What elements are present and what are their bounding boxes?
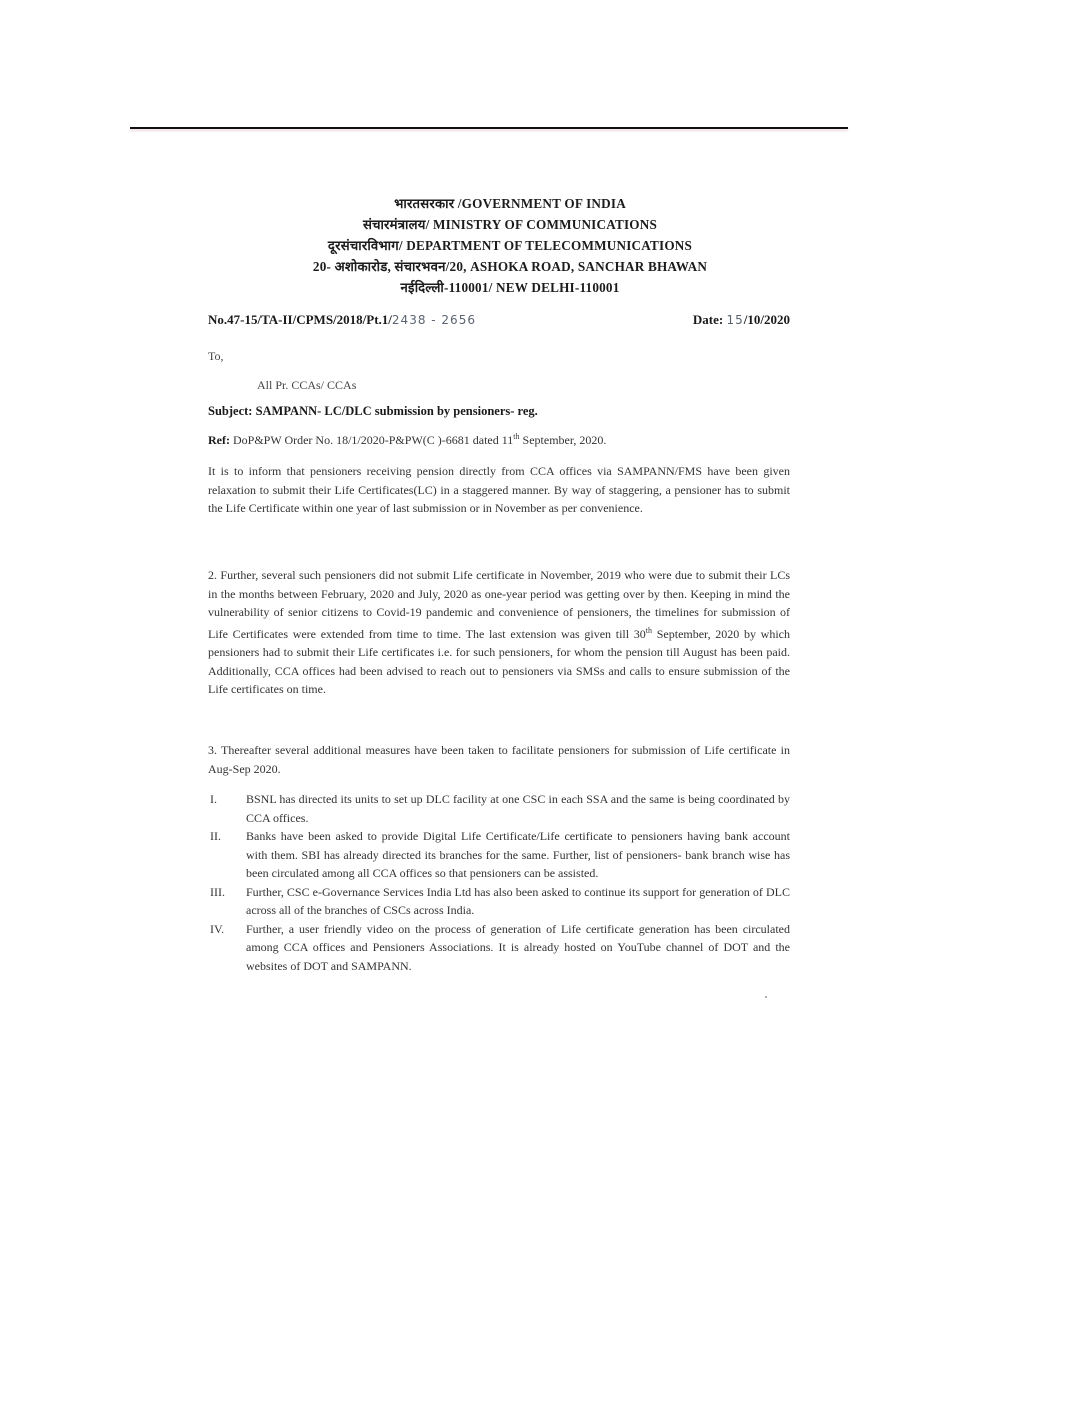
list-item-number: III. bbox=[208, 883, 246, 920]
paragraph-3: 3. Thereafter several additional measure… bbox=[208, 741, 790, 778]
letterhead-government: भारतसरकार /GOVERNMENT OF INDIA bbox=[240, 193, 780, 214]
letterhead-department: दूरसंचारविभाग/ DEPARTMENT OF TELECOMMUNI… bbox=[240, 235, 780, 256]
list-item-text: Further, CSC e-Governance Services India… bbox=[246, 883, 790, 920]
scan-speck bbox=[765, 996, 767, 998]
list-item-number: I. bbox=[208, 790, 246, 827]
handwritten-date-day: 15 bbox=[726, 313, 743, 327]
reference-line: No.47-15/TA-II/CPMS/2018/Pt.1/2438 - 265… bbox=[208, 312, 790, 328]
paragraph-2: 2. Further, several such pensioners did … bbox=[208, 566, 790, 699]
list-item: III. Further, CSC e-Governance Services … bbox=[208, 883, 790, 920]
letterhead: भारतसरकार /GOVERNMENT OF INDIA संचारमंत्… bbox=[240, 193, 780, 298]
letterhead-city: नईदिल्ली-110001/ NEW DELHI-110001 bbox=[240, 277, 780, 298]
file-number: No.47-15/TA-II/CPMS/2018/Pt.1/2438 - 265… bbox=[208, 312, 476, 328]
list-item-number: IV. bbox=[208, 920, 246, 976]
addressee: All Pr. CCAs/ CCAs bbox=[257, 378, 356, 393]
paragraph-1: It is to inform that pensioners receivin… bbox=[208, 462, 790, 518]
header-rule bbox=[130, 127, 848, 129]
list-item-text: Further, a user friendly video on the pr… bbox=[246, 920, 790, 976]
letter-date: Date: 15/10/2020 bbox=[693, 312, 790, 328]
list-item: I. BSNL has directed its units to set up… bbox=[208, 790, 790, 827]
list-item-number: II. bbox=[208, 827, 246, 883]
reference-order: Ref: DoP&PW Order No. 18/1/2020-P&PW(C )… bbox=[208, 432, 606, 448]
list-item: IV. Further, a user friendly video on th… bbox=[208, 920, 790, 976]
to-label: To, bbox=[208, 349, 224, 364]
letterhead-address: 20- अशोकारोड, संचारभवन/20, ASHOKA ROAD, … bbox=[240, 256, 780, 277]
handwritten-dispatch-range: 2438 - 2656 bbox=[392, 313, 476, 327]
letterhead-ministry: संचारमंत्रालय/ MINISTRY OF COMMUNICATION… bbox=[240, 214, 780, 235]
measures-list: I. BSNL has directed its units to set up… bbox=[208, 790, 790, 975]
list-item-text: BSNL has directed its units to set up DL… bbox=[246, 790, 790, 827]
ref-label: Ref: bbox=[208, 433, 230, 447]
list-item: II. Banks have been asked to provide Dig… bbox=[208, 827, 790, 883]
subject-line: Subject: SAMPANN- LC/DLC submission by p… bbox=[208, 404, 538, 419]
list-item-text: Banks have been asked to provide Digital… bbox=[246, 827, 790, 883]
